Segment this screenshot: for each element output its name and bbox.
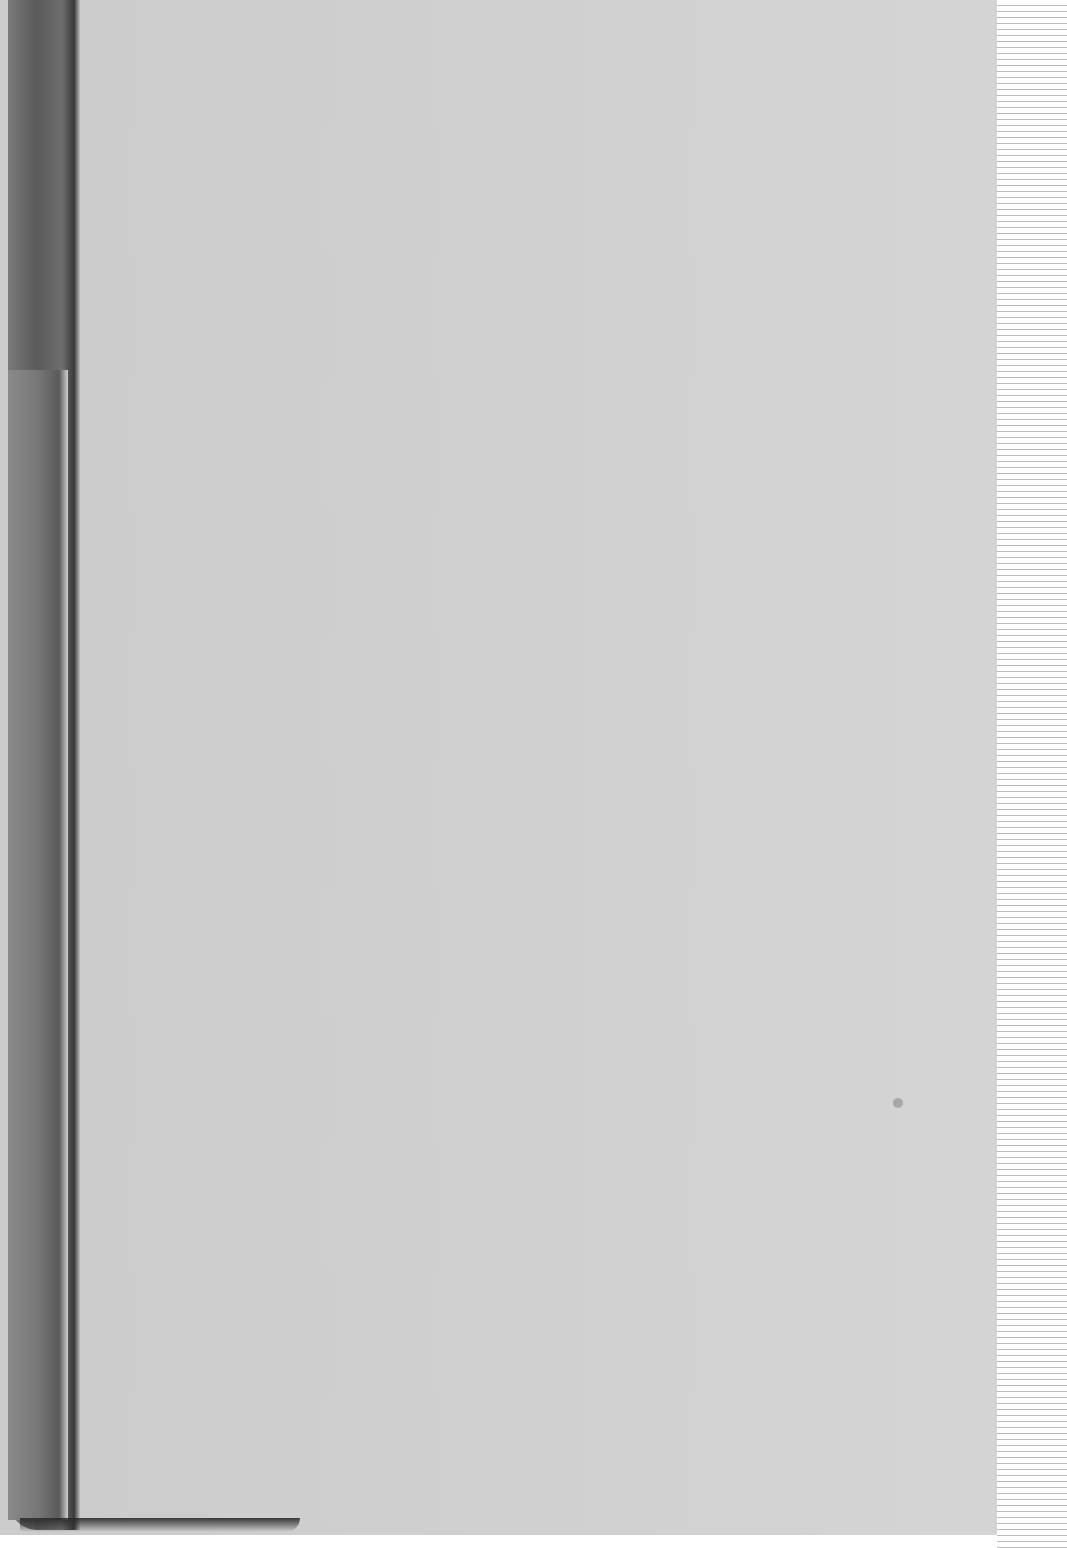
scan-margin	[997, 0, 1067, 1548]
scan-speck	[893, 1098, 903, 1108]
bleed-through-marks	[100, 45, 190, 125]
scanned-page	[0, 0, 997, 1535]
bottom-edge-shadow	[20, 1518, 300, 1532]
binding-shadow-lower	[8, 370, 68, 1520]
